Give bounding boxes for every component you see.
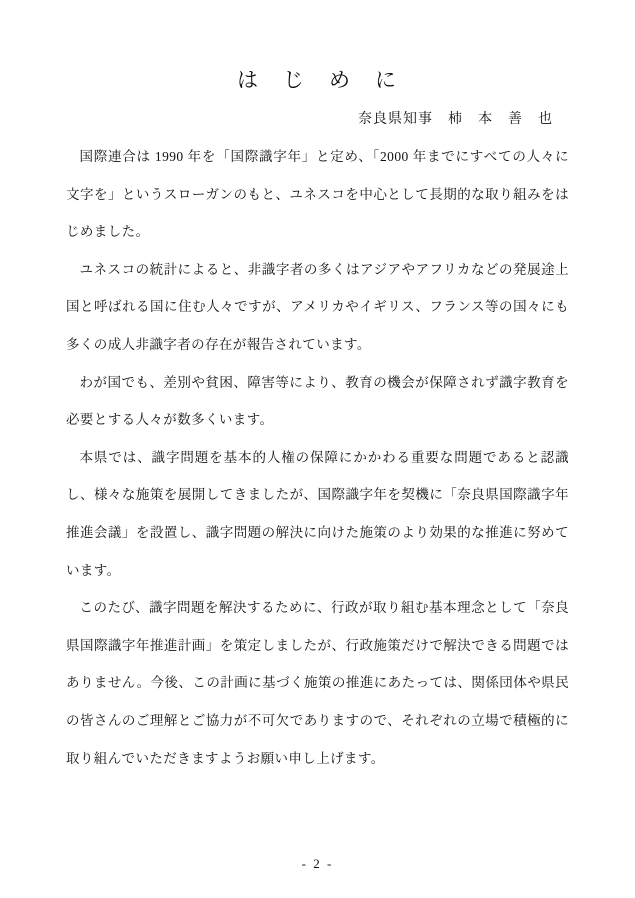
page-number: - 2 - — [0, 856, 635, 872]
paragraph-3: わが国でも、差別や貧困、障害等により、教育の機会が保障されず識字教育を必要とする… — [66, 364, 569, 439]
paragraph-5: このたび、識字問題を解決するために、行政が取り組む基本理念として「奈良県国際識字… — [66, 589, 569, 777]
page-title: は じ め に — [0, 0, 635, 94]
author-signature: 奈良県知事 柿 本 善 也 — [0, 110, 635, 130]
paragraph-1: 国際連合は 1990 年を「国際識字年」と定め、「2000 年までにすべての人々… — [66, 138, 569, 251]
document-body: 国際連合は 1990 年を「国際識字年」と定め、「2000 年までにすべての人々… — [66, 138, 569, 777]
paragraph-2: ユネスコの統計によると、非識字者の多くはアジアやアフリカなどの発展途上国と呼ばれ… — [66, 251, 569, 364]
document-page: は じ め に 奈良県知事 柿 本 善 也 国際連合は 1990 年を「国際識字… — [0, 0, 635, 898]
paragraph-4: 本県では、識字問題を基本的人権の保障にかかわる重要な問題であると認識し、様々な施… — [66, 439, 569, 589]
